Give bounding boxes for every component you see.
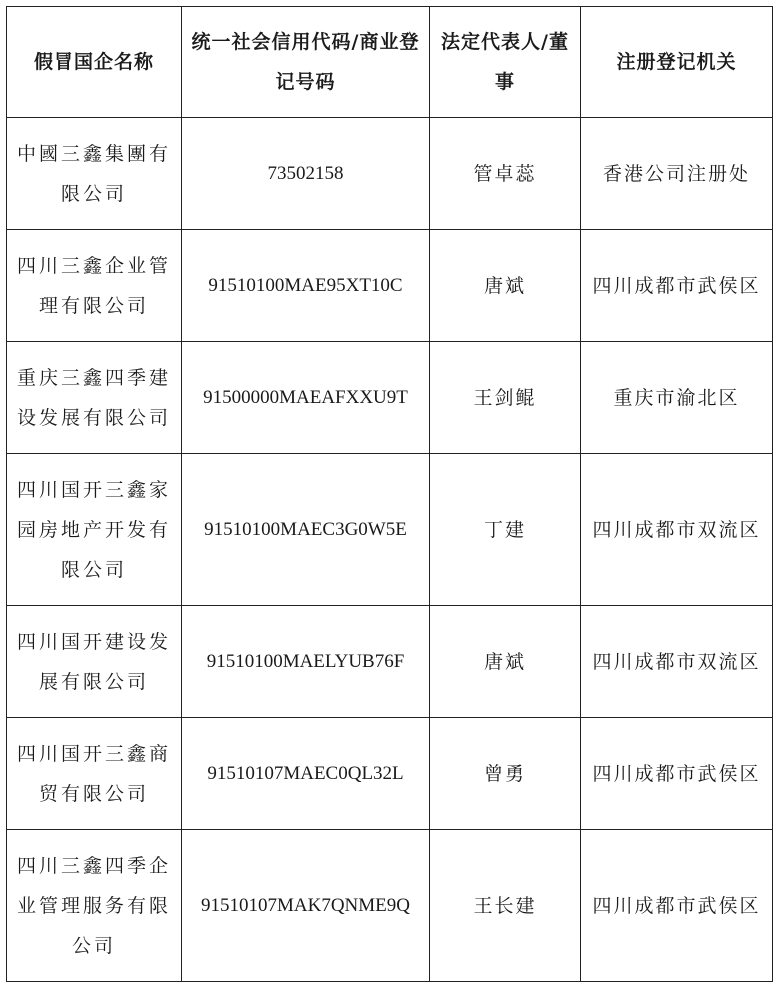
company-name: 四川国开三鑫家园房地产开发有限公司 — [7, 454, 182, 606]
registration-authority: 重庆市渝北区 — [581, 342, 773, 454]
table-row: 四川国开三鑫家园房地产开发有限公司 91510100MAEC3G0W5E 丁建 … — [7, 454, 773, 606]
legal-rep: 丁建 — [430, 454, 581, 606]
legal-rep: 唐斌 — [430, 230, 581, 342]
legal-rep: 王剑鲲 — [430, 342, 581, 454]
legal-rep: 管卓蕊 — [430, 118, 581, 230]
registration-authority: 四川成都市武侯区 — [581, 718, 773, 830]
header-row: 假冒国企名称 统一社会信用代码/商业登记号码 法定代表人/董事 注册登记机关 — [7, 7, 773, 118]
registration-authority: 香港公司注册处 — [581, 118, 773, 230]
company-name: 四川国开建设发展有限公司 — [7, 606, 182, 718]
table-row: 中國三鑫集團有限公司 73502158 管卓蕊 香港公司注册处 — [7, 118, 773, 230]
legal-rep: 唐斌 — [430, 606, 581, 718]
table-row: 四川国开三鑫商贸有限公司 91510107MAEC0QL32L 曾勇 四川成都市… — [7, 718, 773, 830]
credit-code: 91500000MAEAFXXU9T — [182, 342, 430, 454]
company-name: 重庆三鑫四季建设发展有限公司 — [7, 342, 182, 454]
company-name: 四川三鑫四季企业管理服务有限公司 — [7, 830, 182, 982]
registration-authority: 四川成都市武侯区 — [581, 230, 773, 342]
table-row: 四川三鑫企业管理有限公司 91510100MAE95XT10C 唐斌 四川成都市… — [7, 230, 773, 342]
table-row: 四川三鑫四季企业管理服务有限公司 91510107MAK7QNME9Q 王长建 … — [7, 830, 773, 982]
credit-code: 91510107MAEC0QL32L — [182, 718, 430, 830]
counterfeit-soe-table: 假冒国企名称 统一社会信用代码/商业登记号码 法定代表人/董事 注册登记机关 中… — [6, 6, 773, 982]
table-row: 四川国开建设发展有限公司 91510100MAELYUB76F 唐斌 四川成都市… — [7, 606, 773, 718]
company-name: 中國三鑫集團有限公司 — [7, 118, 182, 230]
legal-rep: 曾勇 — [430, 718, 581, 830]
credit-code: 91510107MAK7QNME9Q — [182, 830, 430, 982]
registration-authority: 四川成都市双流区 — [581, 454, 773, 606]
credit-code: 91510100MAEC3G0W5E — [182, 454, 430, 606]
header-registration-authority: 注册登记机关 — [581, 7, 773, 118]
registration-authority: 四川成都市武侯区 — [581, 830, 773, 982]
credit-code: 91510100MAE95XT10C — [182, 230, 430, 342]
header-credit-code: 统一社会信用代码/商业登记号码 — [182, 7, 430, 118]
company-name: 四川国开三鑫商贸有限公司 — [7, 718, 182, 830]
credit-code: 91510100MAELYUB76F — [182, 606, 430, 718]
company-name: 四川三鑫企业管理有限公司 — [7, 230, 182, 342]
header-legal-rep: 法定代表人/董事 — [430, 7, 581, 118]
legal-rep: 王长建 — [430, 830, 581, 982]
registration-authority: 四川成都市双流区 — [581, 606, 773, 718]
table-row: 重庆三鑫四季建设发展有限公司 91500000MAEAFXXU9T 王剑鲲 重庆… — [7, 342, 773, 454]
credit-code: 73502158 — [182, 118, 430, 230]
header-company-name: 假冒国企名称 — [7, 7, 182, 118]
